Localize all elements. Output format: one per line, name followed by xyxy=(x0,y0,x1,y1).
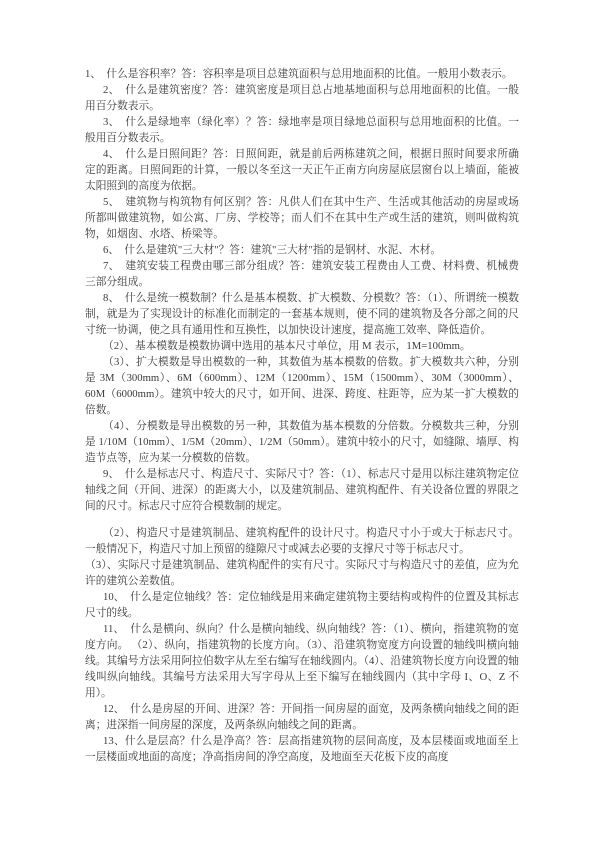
paragraph: 11、 什么是横向、纵向？什么是横向轴线、纵向轴线？答：（1）、横向，指建筑物的… xyxy=(85,621,519,701)
paragraph: 2、 什么是建筑密度？答：建筑密度是项目总占地基地面积与总用地面积的比值。一般用… xyxy=(85,82,519,114)
paragraph-spacer xyxy=(85,514,519,525)
paragraph: 3、 什么是绿地率（绿化率）？答：绿地率是项目绿地总面积与总用地面积的比值。一般… xyxy=(85,114,519,146)
paragraph: 10、 什么是定位轴线？答：定位轴线是用来确定建筑物主要结构或构件的位置及其标志… xyxy=(85,589,519,621)
paragraph: 4、 什么是日照间距？答：日照间距，就是前后两栋建筑之间，根据日照时间要求所确定… xyxy=(85,146,519,194)
paragraph: 13、什么是层高？什么是净高？答：层高指建筑物的层间高度，及本层楼面或地面至上一… xyxy=(85,733,519,765)
paragraph: （2）、构造尺寸是建筑制品、建筑构配件的设计尺寸。构造尺寸小于或大于标志尺寸。一… xyxy=(85,525,519,557)
paragraph: 12、 什么是房屋的开间、进深？答：开间指一间房屋的面宽，及两条横向轴线之间的距… xyxy=(85,701,519,733)
document-page: 1、 什么是容积率？答：容积率是项目总建筑面积与总用地面积的比值。一般用小数表示… xyxy=(0,0,600,850)
paragraph: 8、 什么是统一模数制？什么是基本模数、扩大模数、分模数？答：（1）、所谓统一模… xyxy=(85,290,519,338)
paragraph: （4）、分模数是导出模数的另一种，其数值为基本模数的分倍数。分模数共三种，分别是… xyxy=(85,418,519,466)
paragraph: 5、 建筑物与构筑物有何区别？答：凡供人们在其中生产、生活或其他活动的房屋或场所… xyxy=(85,194,519,242)
paragraph: 7、 建筑安装工程费由哪三部分组成？答：建筑安装工程费由人工费、材料费、机械费三… xyxy=(85,258,519,290)
paragraph: 9、 什么是标志尺寸、构造尺寸、实际尺寸？答：（1）、标志尺寸是用以标注建筑物定… xyxy=(85,466,519,514)
paragraph: （3）、实际尺寸是建筑制品、建筑构配件的实有尺寸。实际尺寸与构造尺寸的差值，应为… xyxy=(85,557,519,589)
paragraph: 6、 什么是建筑"三大材"？答：建筑"三大材"指的是钢材、水泥、木材。 xyxy=(85,242,519,258)
document-text-block: 1、 什么是容积率？答：容积率是项目总建筑面积与总用地面积的比值。一般用小数表示… xyxy=(85,66,519,765)
paragraph: （2）、基本模数是模数协调中选用的基本尺寸单位，用 M 表示，1M=100mm。 xyxy=(85,338,519,354)
paragraph: （3）、扩大模数是导出模数的一种，其数值为基本模数的倍数。扩大模数共六种，分别是… xyxy=(85,354,519,418)
paragraph: 1、 什么是容积率？答：容积率是项目总建筑面积与总用地面积的比值。一般用小数表示… xyxy=(85,66,519,82)
